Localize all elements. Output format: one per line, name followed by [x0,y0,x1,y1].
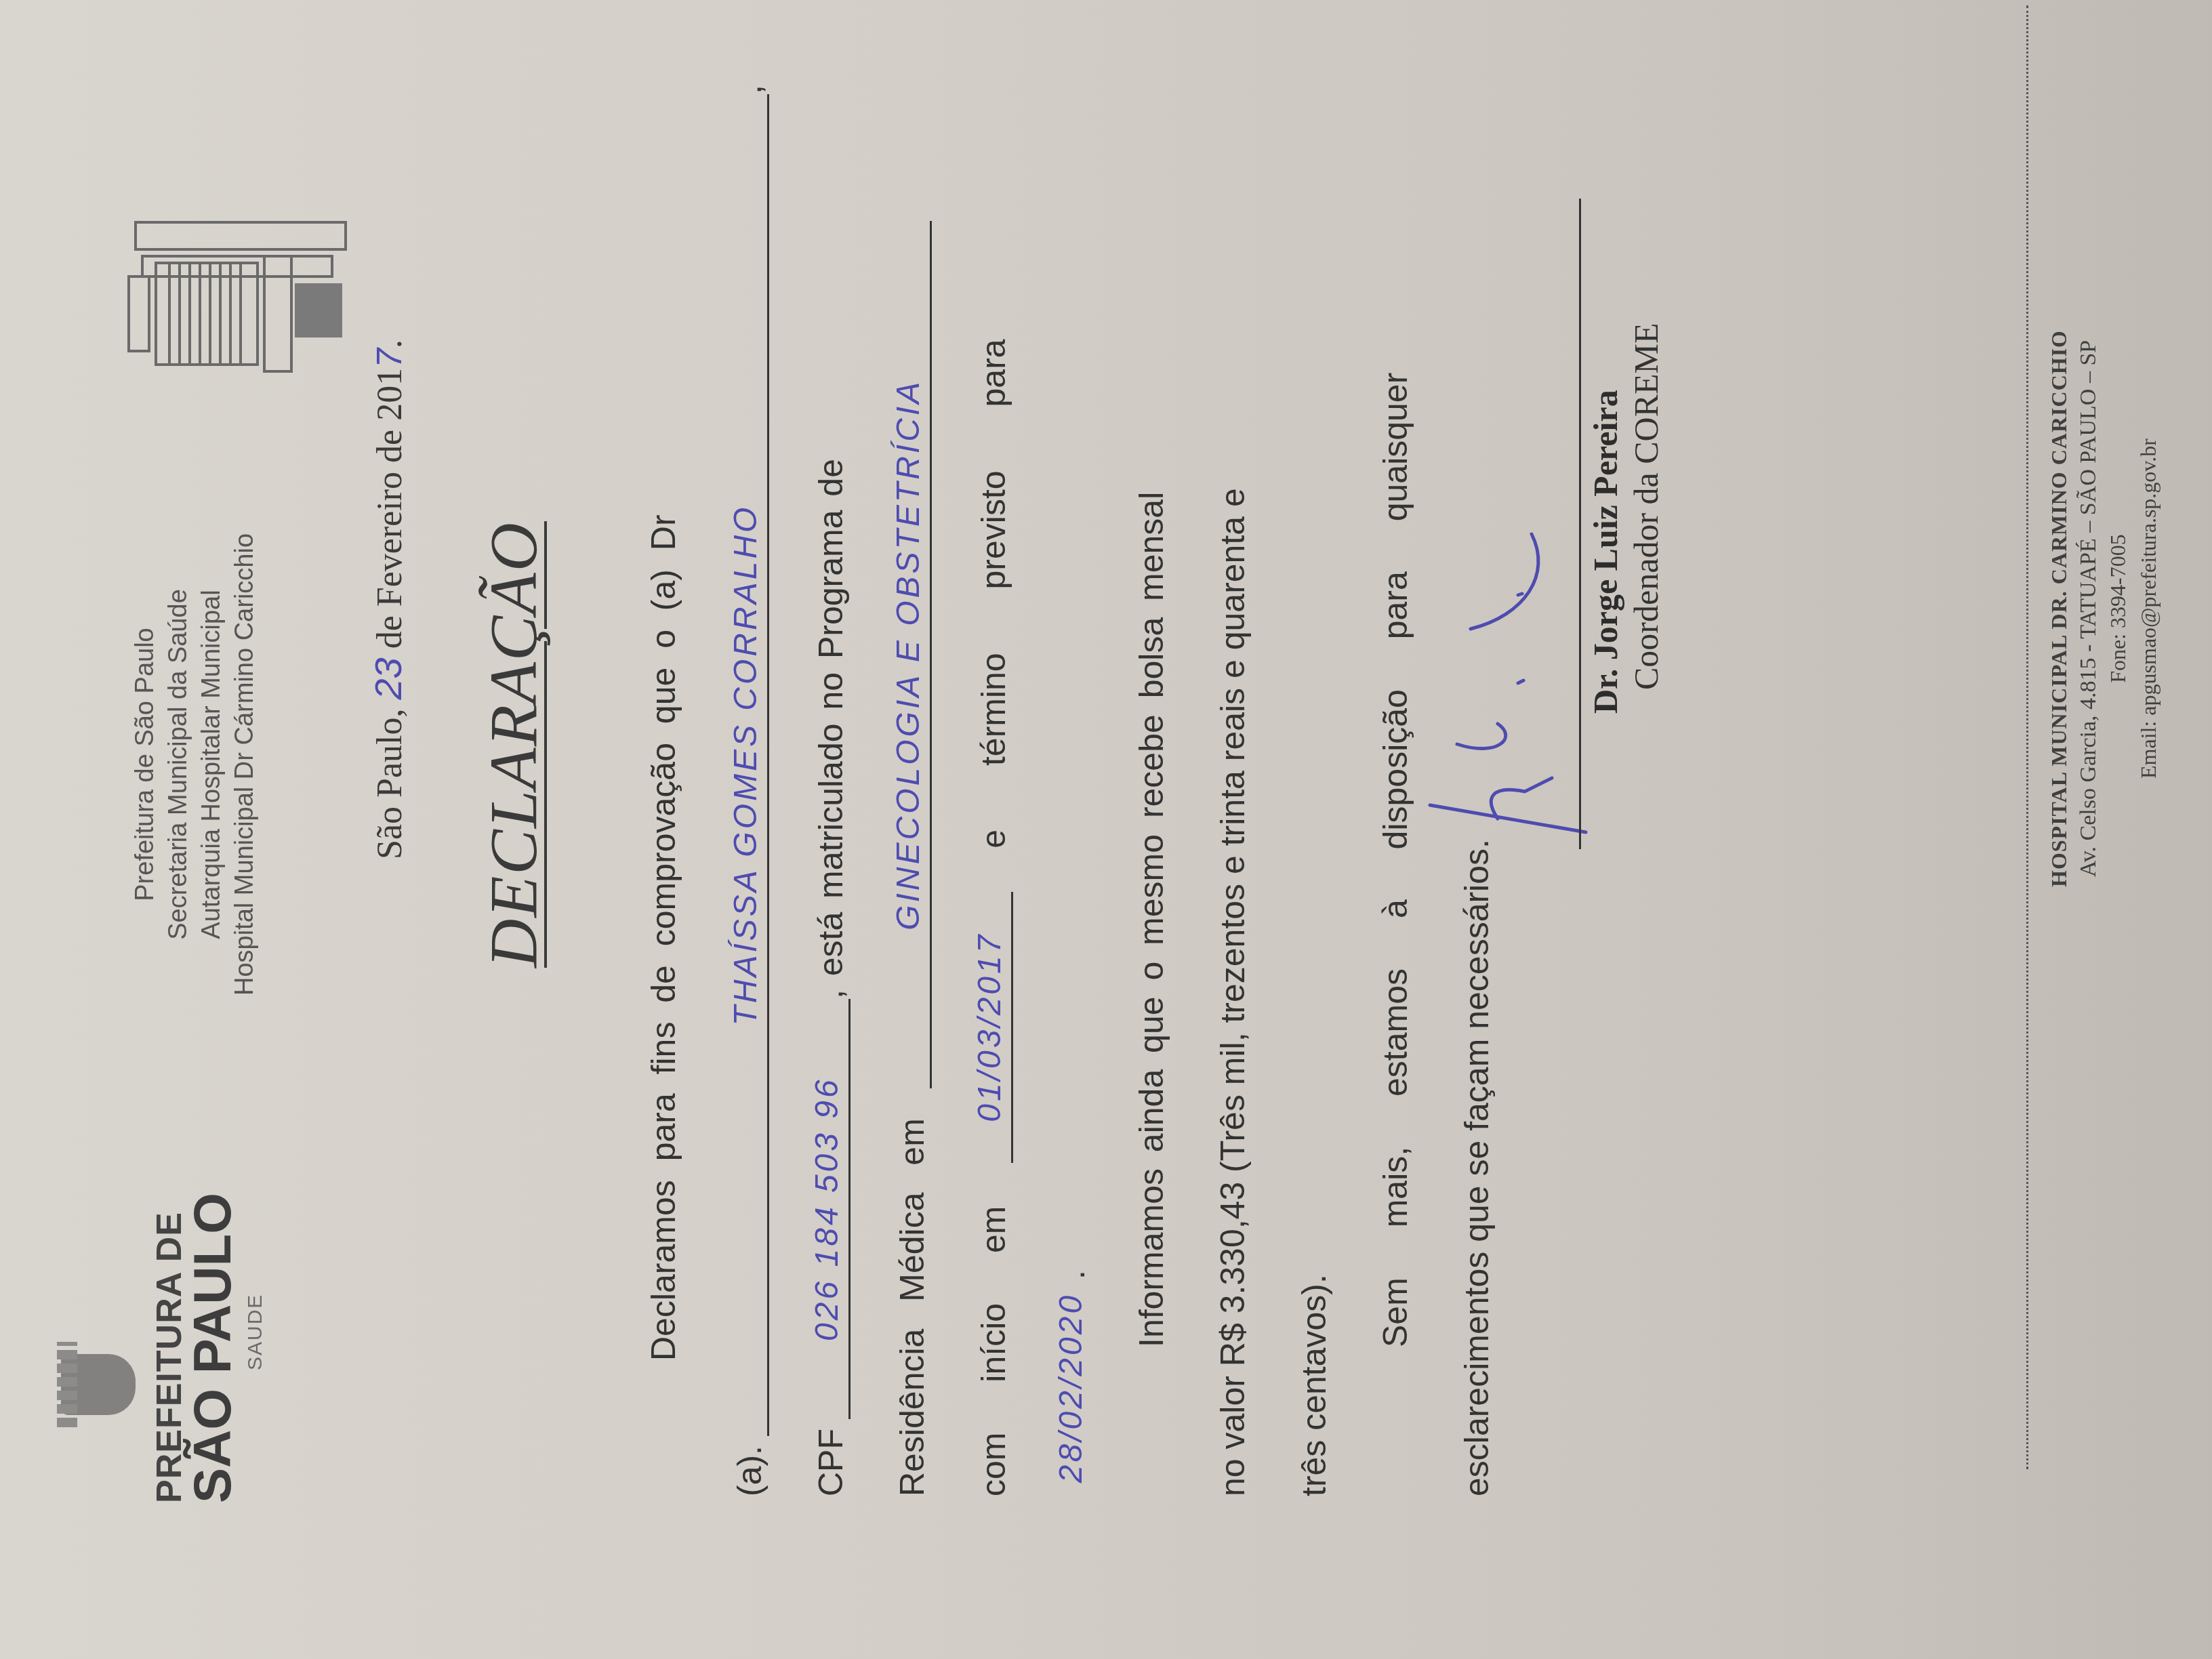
signatory-name: Dr. Jorge Luiz Pereira [1586,390,1625,714]
footer-divider [2026,5,2028,1469]
agency-line: Secretaria Municipal da Saúde [162,459,195,1069]
body-line: (a). THAÍSSA GOMES CORRALHO, [725,85,773,1496]
date-year-handwritten: 7 [370,348,409,368]
body-text: Residência Médica em [893,1118,931,1496]
date-suffix: . [371,340,409,348]
cpf-field: 026 184 503 96 [806,999,851,1419]
body-text: (a). [731,1446,769,1496]
body-line: esclarecimentos que se façam necessários… [1457,839,1504,1496]
signatory-role: Coordenador da COREME [1626,323,1666,690]
body-line: Declaramos para fins de comprovação que … [644,514,691,1361]
body-text: , está matriculado no Programa de [812,459,850,999]
footer-email: Email: apgusmao@prefeitura.sp.gov.br [2136,33,2161,1185]
start-date-handwritten: 01/03/2017 [972,933,1008,1122]
declaration-page: PREFEITURA DE SÃO PAULO SAUDE Prefeitura… [0,0,2212,1659]
name-handwritten: THAÍSSA GOMES CORRALHO [727,505,764,1026]
body-text: no valor R$ 3.330,43 (Três mil, trezento… [1214,488,1252,1496]
logo-text-line3: SAUDE [244,1294,267,1370]
body-text: com início em [975,1206,1012,1496]
date-middle: de Fevereiro de 201 [371,368,409,657]
hospital-building-icon [102,216,359,378]
signature-line [1579,199,1581,849]
cpf-handwritten: 026 184 503 96 [809,1077,845,1341]
end-date-field: 28/02/2020 [1050,1279,1092,1496]
body-text: três centavos). [1295,1274,1333,1496]
body-text: esclarecimentos que se façam necessários… [1458,839,1496,1496]
footer-address: Av. Celso Garcia, 4.815 - TATUAPÉ – SÃO … [2076,33,2102,1185]
date-line: São Paulo, 23 de Fevereiro de 2017. [366,340,410,859]
coat-of-arms-icon [61,1354,136,1415]
body-text: CPF [812,1429,850,1496]
body-line: CPF 026 184 503 96, está matriculado no … [806,459,854,1496]
program-handwritten: GINECOLOGIA E OBSTETRÍCIA [890,380,926,930]
body-text: e término previsto para [975,339,1012,848]
program-field: GINECOLOGIA E OBSTETRÍCIA [888,221,932,1088]
body-line: no valor R$ 3.330,43 (Três mil, trezento… [1213,488,1261,1496]
agency-line: Autarquia Hospitalar Municipal [195,459,228,1069]
body-text: Sem mais, estamos à disposição para quai… [1376,373,1414,1347]
body-text: . [1054,1270,1092,1279]
footer-phone: Fone: 3394-7005 [2106,33,2131,1185]
page-title: DECLARAÇÃO [474,521,552,968]
signature-scrawl [1416,480,1593,859]
body-line: três centavos). [1294,1274,1342,1496]
agency-line: Hospital Municipal Dr Cármino Caricchio [228,459,262,1069]
end-date-handwritten: 28/02/2020 [1053,1293,1089,1483]
body-text: Declaramos para fins de comprovação que … [644,514,682,1361]
start-date-field: 01/03/2017 [969,892,1013,1163]
logo-text-line2: SÃO PAULO [182,1193,243,1503]
agency-header: Prefeitura de São Paulo Secretaria Munic… [129,459,262,1069]
footer: HOSPITAL MUNICIPAL DR. CARMINO CARICCHIO… [2047,33,2161,1185]
date-day-handwritten: 23 [367,657,409,699]
name-field: THAÍSSA GOMES CORRALHO [725,94,769,1436]
footer-hospital: HOSPITAL MUNICIPAL DR. CARMINO CARICCHIO [2047,33,2072,1185]
body-line: com início em 01/03/2017 e término previ… [969,339,1017,1496]
body-line: Informamos ainda que o mesmo recebe bols… [1132,492,1179,1347]
prefeitura-logo: PREFEITURA DE SÃO PAULO SAUDE [61,1151,264,1503]
body-line: Residência Médica em GINECOLOGIA E OBSTE… [888,221,935,1496]
agency-line: Prefeitura de São Paulo [129,459,162,1069]
body-line: 28/02/2020. [1050,1270,1098,1496]
date-prefix: São Paulo, [371,700,409,859]
body-text: Informamos ainda que o mesmo recebe bols… [1132,492,1170,1347]
body-text: , [731,85,769,94]
